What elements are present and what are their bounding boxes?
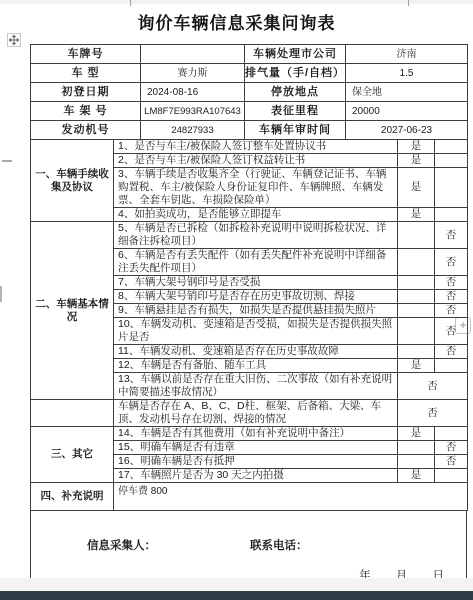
answer-no bbox=[435, 168, 468, 208]
info-value-location: 保全地 bbox=[346, 83, 468, 102]
question-text: 5、车辆是否已拆检（如拆检补充说明中说明拆检状况、详细备注拆检项目） bbox=[114, 222, 398, 249]
answer-yes: 是 bbox=[398, 208, 435, 222]
question-text: 12、车辆是否有备胎、随车工具 bbox=[114, 359, 398, 373]
answer-no: 否 bbox=[435, 249, 468, 276]
question-text: 8、车辆大架号销印号是否存在历史事故切割、焊接 bbox=[114, 290, 398, 304]
info-value-plate bbox=[141, 45, 245, 64]
section-label-supplement: 四、补充说明 bbox=[31, 483, 114, 511]
question-text: 17、车辆照片是否为 30 天之内拍摄 bbox=[114, 469, 398, 483]
answer-yes bbox=[398, 318, 435, 345]
info-label-displacement: 排气量（手/自档） bbox=[245, 64, 346, 83]
answer-no: 否 bbox=[435, 290, 468, 304]
answer-no: 否 bbox=[435, 455, 468, 469]
question-text: 4、如拍卖成功，是否能够立即提车 bbox=[114, 208, 398, 222]
section-label-condition: 二、车辆基本情况 bbox=[31, 222, 114, 400]
answer-yes: 是 bbox=[398, 154, 435, 168]
answer-yes bbox=[398, 222, 435, 249]
table-row: 二、车辆基本情况 5、车辆是否已拆检（如拆检补充说明中说明拆检状况、详细备注拆检… bbox=[31, 222, 468, 249]
answer-no: 否 bbox=[435, 345, 468, 359]
answer-yes: 是 bbox=[398, 359, 435, 373]
answer-no: 否 bbox=[435, 276, 468, 290]
table-row: 车牌号 车辆处理市公司 济南 bbox=[31, 45, 468, 64]
phone-label: 联系电话： bbox=[250, 537, 308, 553]
info-value-engine: 24827933 bbox=[141, 121, 245, 140]
top-page-gap bbox=[0, 0, 473, 4]
answer-yes: 是 bbox=[398, 427, 435, 441]
table-row: 三、其它 14、车辆是否有其他费用（如有补充说明中备注） 是 bbox=[31, 427, 468, 441]
answer-yes bbox=[398, 290, 435, 304]
table-row: 发动机号 24827933 车辆年审时间 2027-06-23 bbox=[31, 121, 468, 140]
answer-no: 否 bbox=[435, 222, 468, 249]
form-table: 车牌号 车辆处理市公司 济南 车 型 赛力斯 排气量（手/自档） 1.5 初登日… bbox=[30, 44, 467, 591]
info-value-displacement: 1.5 bbox=[346, 64, 468, 83]
info-label-model: 车 型 bbox=[31, 64, 141, 83]
info-label-city: 车辆处理市公司 bbox=[245, 45, 346, 64]
taskbar-strip bbox=[0, 591, 473, 600]
question-text: 7、车辆大架号钢印号是否受损 bbox=[114, 276, 398, 290]
answer-yes bbox=[398, 455, 435, 469]
question-text: 13、车辆以前是否存在重大旧伤、二次事故（如有补充说明中简要描述事故情况） bbox=[114, 373, 398, 400]
question-text: 9、车辆悬挂是否有损失，如损失是否提供悬挂损失照片 bbox=[114, 304, 398, 318]
answer-yes bbox=[398, 276, 435, 290]
info-label-engine: 发动机号 bbox=[31, 121, 141, 140]
table-move-handle[interactable] bbox=[7, 33, 21, 47]
answer-no bbox=[435, 208, 468, 222]
info-label-vin: 车 架 号 bbox=[31, 102, 141, 121]
question-text: 2、是否与车主/被保险人签订权益转让书 bbox=[114, 154, 398, 168]
question-text: 11、车辆发动机、变速箱是否存在历史事故故障 bbox=[114, 345, 398, 359]
answer-no bbox=[435, 427, 468, 441]
info-value-city: 济南 bbox=[346, 45, 468, 64]
info-value-model: 赛力斯 bbox=[141, 64, 245, 83]
margin-crop-mark bbox=[408, 0, 409, 6]
question-text: 10、车辆发动机、变速箱是否受损，如损失是否提供损失照片是否 bbox=[114, 318, 398, 345]
answer-yes bbox=[398, 304, 435, 318]
question-text: 14、车辆是否有其他费用（如有补充说明中备注） bbox=[114, 427, 398, 441]
answer-no bbox=[435, 359, 468, 373]
supplement-table: 四、补充说明 停车费 800 bbox=[30, 482, 468, 511]
answer-yes bbox=[398, 441, 435, 455]
info-value-regdate: 2024-08-16 bbox=[141, 83, 245, 102]
left-edge-mark bbox=[0, 286, 2, 302]
table-row: 车 型 赛力斯 排气量（手/自档） 1.5 bbox=[31, 64, 468, 83]
answer-no bbox=[435, 469, 468, 483]
info-value-inspection: 2027-06-23 bbox=[346, 121, 468, 140]
answer-no: 否 bbox=[435, 304, 468, 318]
answer-no-merged: 否 bbox=[398, 373, 468, 400]
question-text: 16、明确车辆是否有抵押 bbox=[114, 455, 398, 469]
info-label-inspection: 车辆年审时间 bbox=[245, 121, 346, 140]
question-table: 一、车辆手续收集及协议 1、是否与车主/被保险人签订整车处置协议书 是 2、是否… bbox=[30, 139, 468, 483]
table-row: 一、车辆手续收集及协议 1、是否与车主/被保险人签订整车处置协议书 是 bbox=[31, 140, 468, 154]
answer-yes bbox=[398, 345, 435, 359]
answer-yes bbox=[398, 249, 435, 276]
table-row: 四、补充说明 停车费 800 bbox=[31, 483, 468, 511]
vehicle-info-table: 车牌号 车辆处理市公司 济南 车 型 赛力斯 排气量（手/自档） 1.5 初登日… bbox=[30, 44, 468, 140]
answer-no bbox=[435, 140, 468, 154]
left-margin-mark bbox=[2, 160, 12, 162]
question-text: 车辆是否存在 A、B、C、D柱、框架、后备箱、大梁、车顶、发动机号存在切割、焊接… bbox=[114, 400, 398, 427]
answer-yes: 是 bbox=[398, 140, 435, 154]
answer-no bbox=[435, 154, 468, 168]
section-label-empty bbox=[31, 400, 114, 427]
answer-no: 否 bbox=[435, 441, 468, 455]
info-value-vin: LM8F7E993RA107643 bbox=[141, 102, 245, 121]
collector-label: 信息采集人： bbox=[87, 537, 156, 553]
answer-yes: 是 bbox=[398, 168, 435, 208]
section-label-procedures: 一、车辆手续收集及协议 bbox=[31, 140, 114, 222]
info-value-mileage: 20000 bbox=[346, 102, 468, 121]
table-row: 车 架 号 LM8F7E993RA107643 表征里程 20000 bbox=[31, 102, 468, 121]
info-label-location: 停放地点 bbox=[245, 83, 346, 102]
info-label-mileage: 表征里程 bbox=[245, 102, 346, 121]
question-text: 1、是否与车主/被保险人签订整车处置协议书 bbox=[114, 140, 398, 154]
supplement-value: 停车费 800 bbox=[114, 483, 468, 511]
page-title: 询价车辆信息采集问询表 bbox=[0, 9, 473, 34]
table-row: 初登日期 2024-08-16 停放地点 保全地 bbox=[31, 83, 468, 102]
answer-no-merged: 否 bbox=[398, 400, 468, 427]
bottom-page-gap bbox=[0, 578, 473, 591]
margin-crop-mark bbox=[130, 0, 131, 6]
document-viewer: 询价车辆信息采集问询表 + 车牌号 车辆处理市公司 济南 bbox=[0, 0, 473, 600]
info-label-regdate: 初登日期 bbox=[31, 83, 141, 102]
question-text: 3、车辆手续是否收集齐全（行驶证、车辆登记证书、车辆购置税、车主/被保险人身份证… bbox=[114, 168, 398, 208]
question-text: 15、明确车辆是否有违章 bbox=[114, 441, 398, 455]
question-text: 6、车辆是否有丢失配件（如有丢失配件补充说明中详细备注丢失配件项目） bbox=[114, 249, 398, 276]
answer-no: 否 bbox=[435, 318, 468, 345]
info-label-plate: 车牌号 bbox=[31, 45, 141, 64]
section-label-other: 三、其它 bbox=[31, 427, 114, 483]
move-arrows-icon bbox=[9, 35, 19, 45]
answer-yes: 是 bbox=[398, 469, 435, 483]
table-row: 车辆是否存在 A、B、C、D柱、框架、后备箱、大梁、车顶、发动机号存在切割、焊接… bbox=[31, 400, 468, 427]
